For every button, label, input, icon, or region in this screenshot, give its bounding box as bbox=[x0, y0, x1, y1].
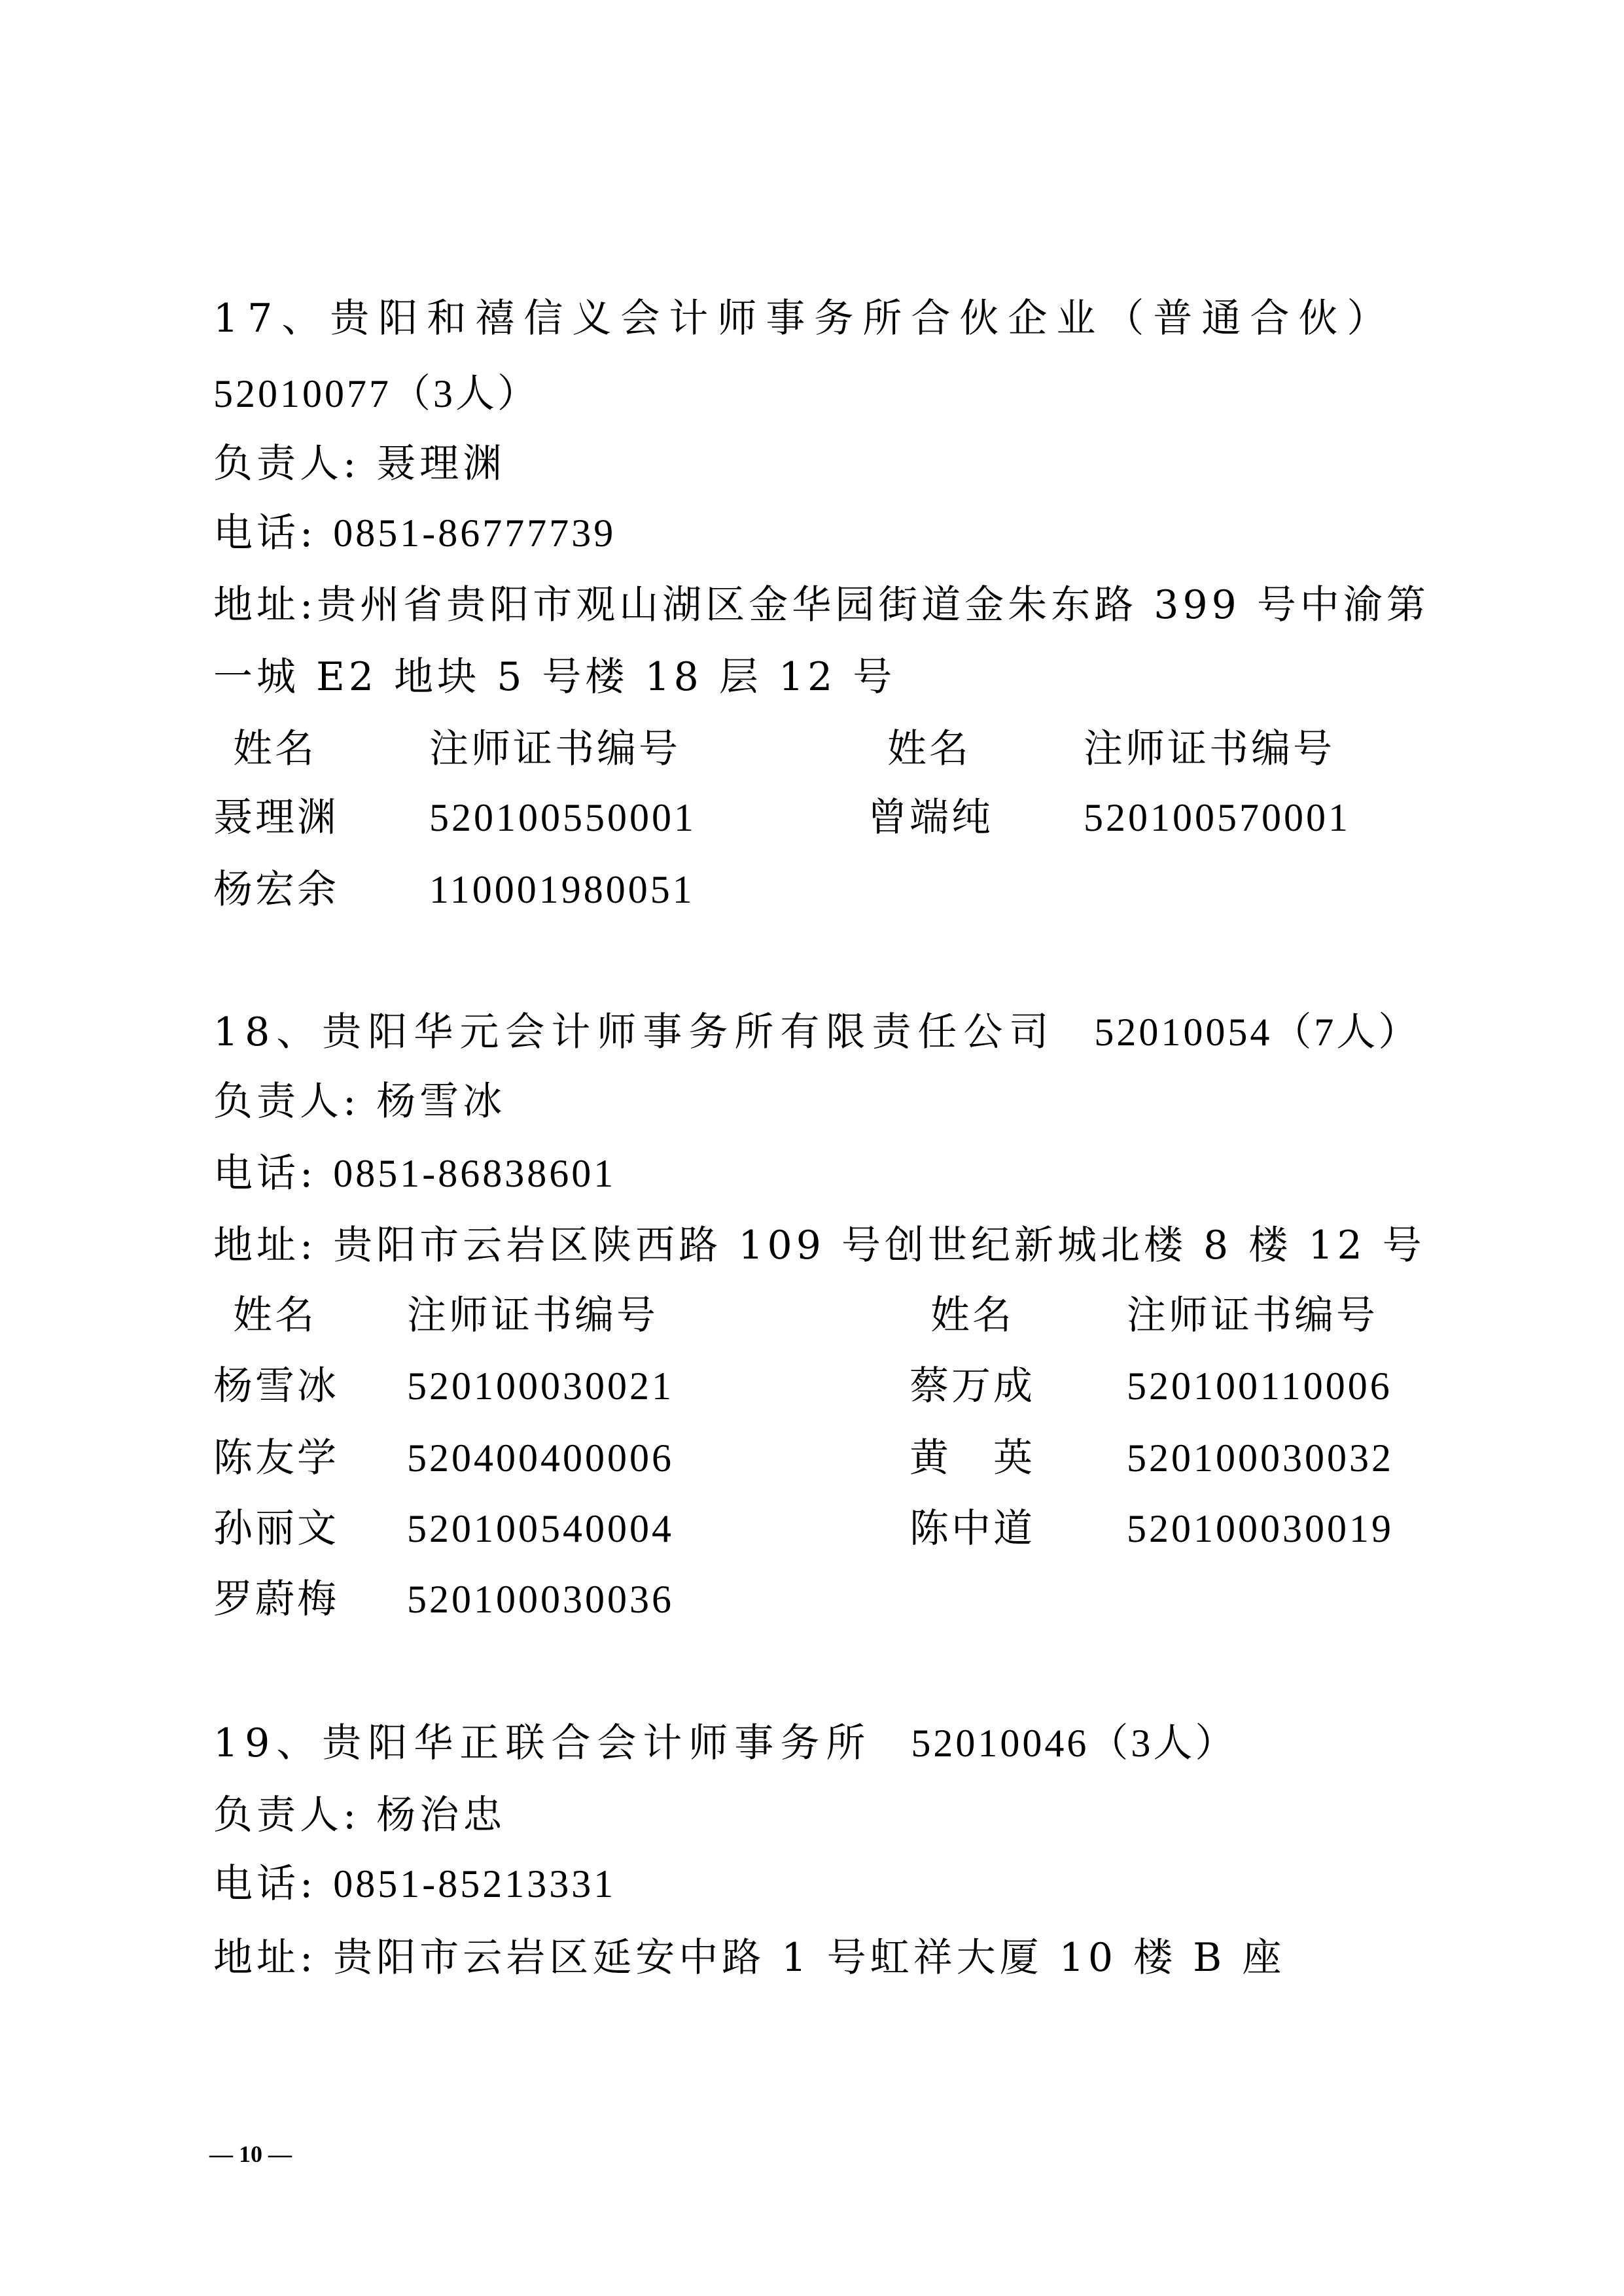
address-label: 地址: bbox=[213, 1223, 317, 1268]
firm-19-address: 地址: 贵阳市云岩区延安中路 1 号虹祥大厦 10 楼 B 座 bbox=[213, 1932, 1285, 1984]
address-text: 贵阳市云岩区延安中路 1 号虹祥大厦 10 楼 B 座 bbox=[333, 1935, 1285, 1981]
header-cert: 注师证书编号 bbox=[1127, 1289, 1378, 1342]
member-cert: 520100540004 bbox=[407, 1503, 674, 1555]
address-label: 地址: bbox=[213, 582, 317, 628]
member-cert: 110001980051 bbox=[429, 863, 695, 916]
member-cert: 520100110006 bbox=[1127, 1360, 1392, 1412]
member-name: 孙丽文 bbox=[213, 1503, 339, 1555]
firm-name: 18、贵阳华元会计师事务所有限责任公司 bbox=[213, 1009, 1055, 1055]
header-cert: 注师证书编号 bbox=[407, 1289, 658, 1342]
member-cert: 520100030036 bbox=[407, 1573, 674, 1626]
firm-17-address-cont: 一城 E2 地块 5 号楼 18 层 12 号 bbox=[213, 651, 896, 703]
member-name: 罗蔚梅 bbox=[213, 1573, 339, 1626]
head-label: 负责人: bbox=[213, 441, 360, 487]
member-name: 陈中道 bbox=[909, 1503, 1035, 1555]
firm-18-address: 地址: 贵阳市云岩区陕西路 109 号创世纪新城北楼 8 楼 12 号 bbox=[213, 1219, 1426, 1272]
header-name: 姓名 bbox=[233, 1289, 317, 1342]
header-cert: 注师证书编号 bbox=[429, 723, 680, 775]
header-name: 姓名 bbox=[930, 1289, 1014, 1342]
phone-label: 电话: bbox=[213, 1861, 317, 1907]
member-cert: 520100030032 bbox=[1127, 1432, 1394, 1484]
header-cert: 注师证书编号 bbox=[1084, 723, 1335, 775]
phone-number: 0851-86838601 bbox=[333, 1152, 616, 1195]
member-cert: 520100570001 bbox=[1084, 791, 1350, 844]
firm-17-phone: 电话: 0851-86777739 bbox=[213, 507, 616, 559]
address-text: 贵州省贵阳市观山湖区金华园街道金朱东路 399 号中渝第 bbox=[317, 582, 1430, 628]
firm-18-title: 18、贵阳华元会计师事务所有限责任公司52010054（7人） bbox=[213, 1006, 1420, 1058]
phone-label: 电话: bbox=[213, 1151, 317, 1196]
member-name: 陈友学 bbox=[213, 1432, 339, 1484]
firm-19-phone: 电话: 0851-85213331 bbox=[213, 1858, 616, 1910]
firm-17-address: 地址:贵州省贵阳市观山湖区金华园街道金朱东路 399 号中渝第 bbox=[213, 579, 1430, 631]
phone-number: 0851-85213331 bbox=[333, 1862, 616, 1905]
member-name: 杨宏余 bbox=[213, 863, 339, 916]
firm-19-head: 负责人: 杨治忠 bbox=[213, 1789, 506, 1841]
firm-18-phone: 电话: 0851-86838601 bbox=[213, 1147, 616, 1200]
head-name: 杨治忠 bbox=[376, 1792, 506, 1838]
head-name: 聂理渊 bbox=[376, 441, 506, 487]
phone-number: 0851-86777739 bbox=[333, 512, 616, 555]
firm-17-title: 17、贵阳和禧信义会计师事务所合伙企业（普通合伙） bbox=[213, 292, 1395, 345]
member-name: 杨雪冰 bbox=[213, 1360, 339, 1412]
member-name: 黄 英 bbox=[909, 1432, 1035, 1484]
address-text: 贵阳市云岩区陕西路 109 号创世纪新城北楼 8 楼 12 号 bbox=[333, 1223, 1425, 1268]
head-label: 负责人: bbox=[213, 1079, 360, 1124]
phone-label: 电话: bbox=[213, 510, 317, 556]
member-name: 蔡万成 bbox=[909, 1360, 1035, 1412]
member-name: 曾端纯 bbox=[868, 791, 993, 844]
header-name: 姓名 bbox=[233, 723, 317, 775]
head-label: 负责人: bbox=[213, 1792, 360, 1838]
firm-code: 52010046（3人） bbox=[911, 1722, 1237, 1765]
firm-code: 52010054（7人） bbox=[1094, 1011, 1420, 1054]
header-name: 姓名 bbox=[887, 723, 971, 775]
member-name: 聂理渊 bbox=[213, 791, 339, 844]
firm-name: 19、贵阳华正联合会计师事务所 bbox=[213, 1720, 872, 1766]
member-cert: 520400400006 bbox=[407, 1432, 674, 1484]
firm-17-head: 负责人: 聂理渊 bbox=[213, 438, 506, 490]
page-number: — 10 — bbox=[209, 2138, 292, 2170]
head-name: 杨雪冰 bbox=[376, 1079, 506, 1124]
firm-19-title: 19、贵阳华正联合会计师事务所52010046（3人） bbox=[213, 1717, 1237, 1769]
firm-17-code: 52010077（3人） bbox=[213, 368, 539, 420]
firm-18-head: 负责人: 杨雪冰 bbox=[213, 1075, 506, 1128]
member-cert: 520100550001 bbox=[429, 791, 696, 844]
member-cert: 520100030021 bbox=[407, 1360, 674, 1412]
address-label: 地址: bbox=[213, 1935, 317, 1981]
member-cert: 520100030019 bbox=[1127, 1503, 1394, 1555]
